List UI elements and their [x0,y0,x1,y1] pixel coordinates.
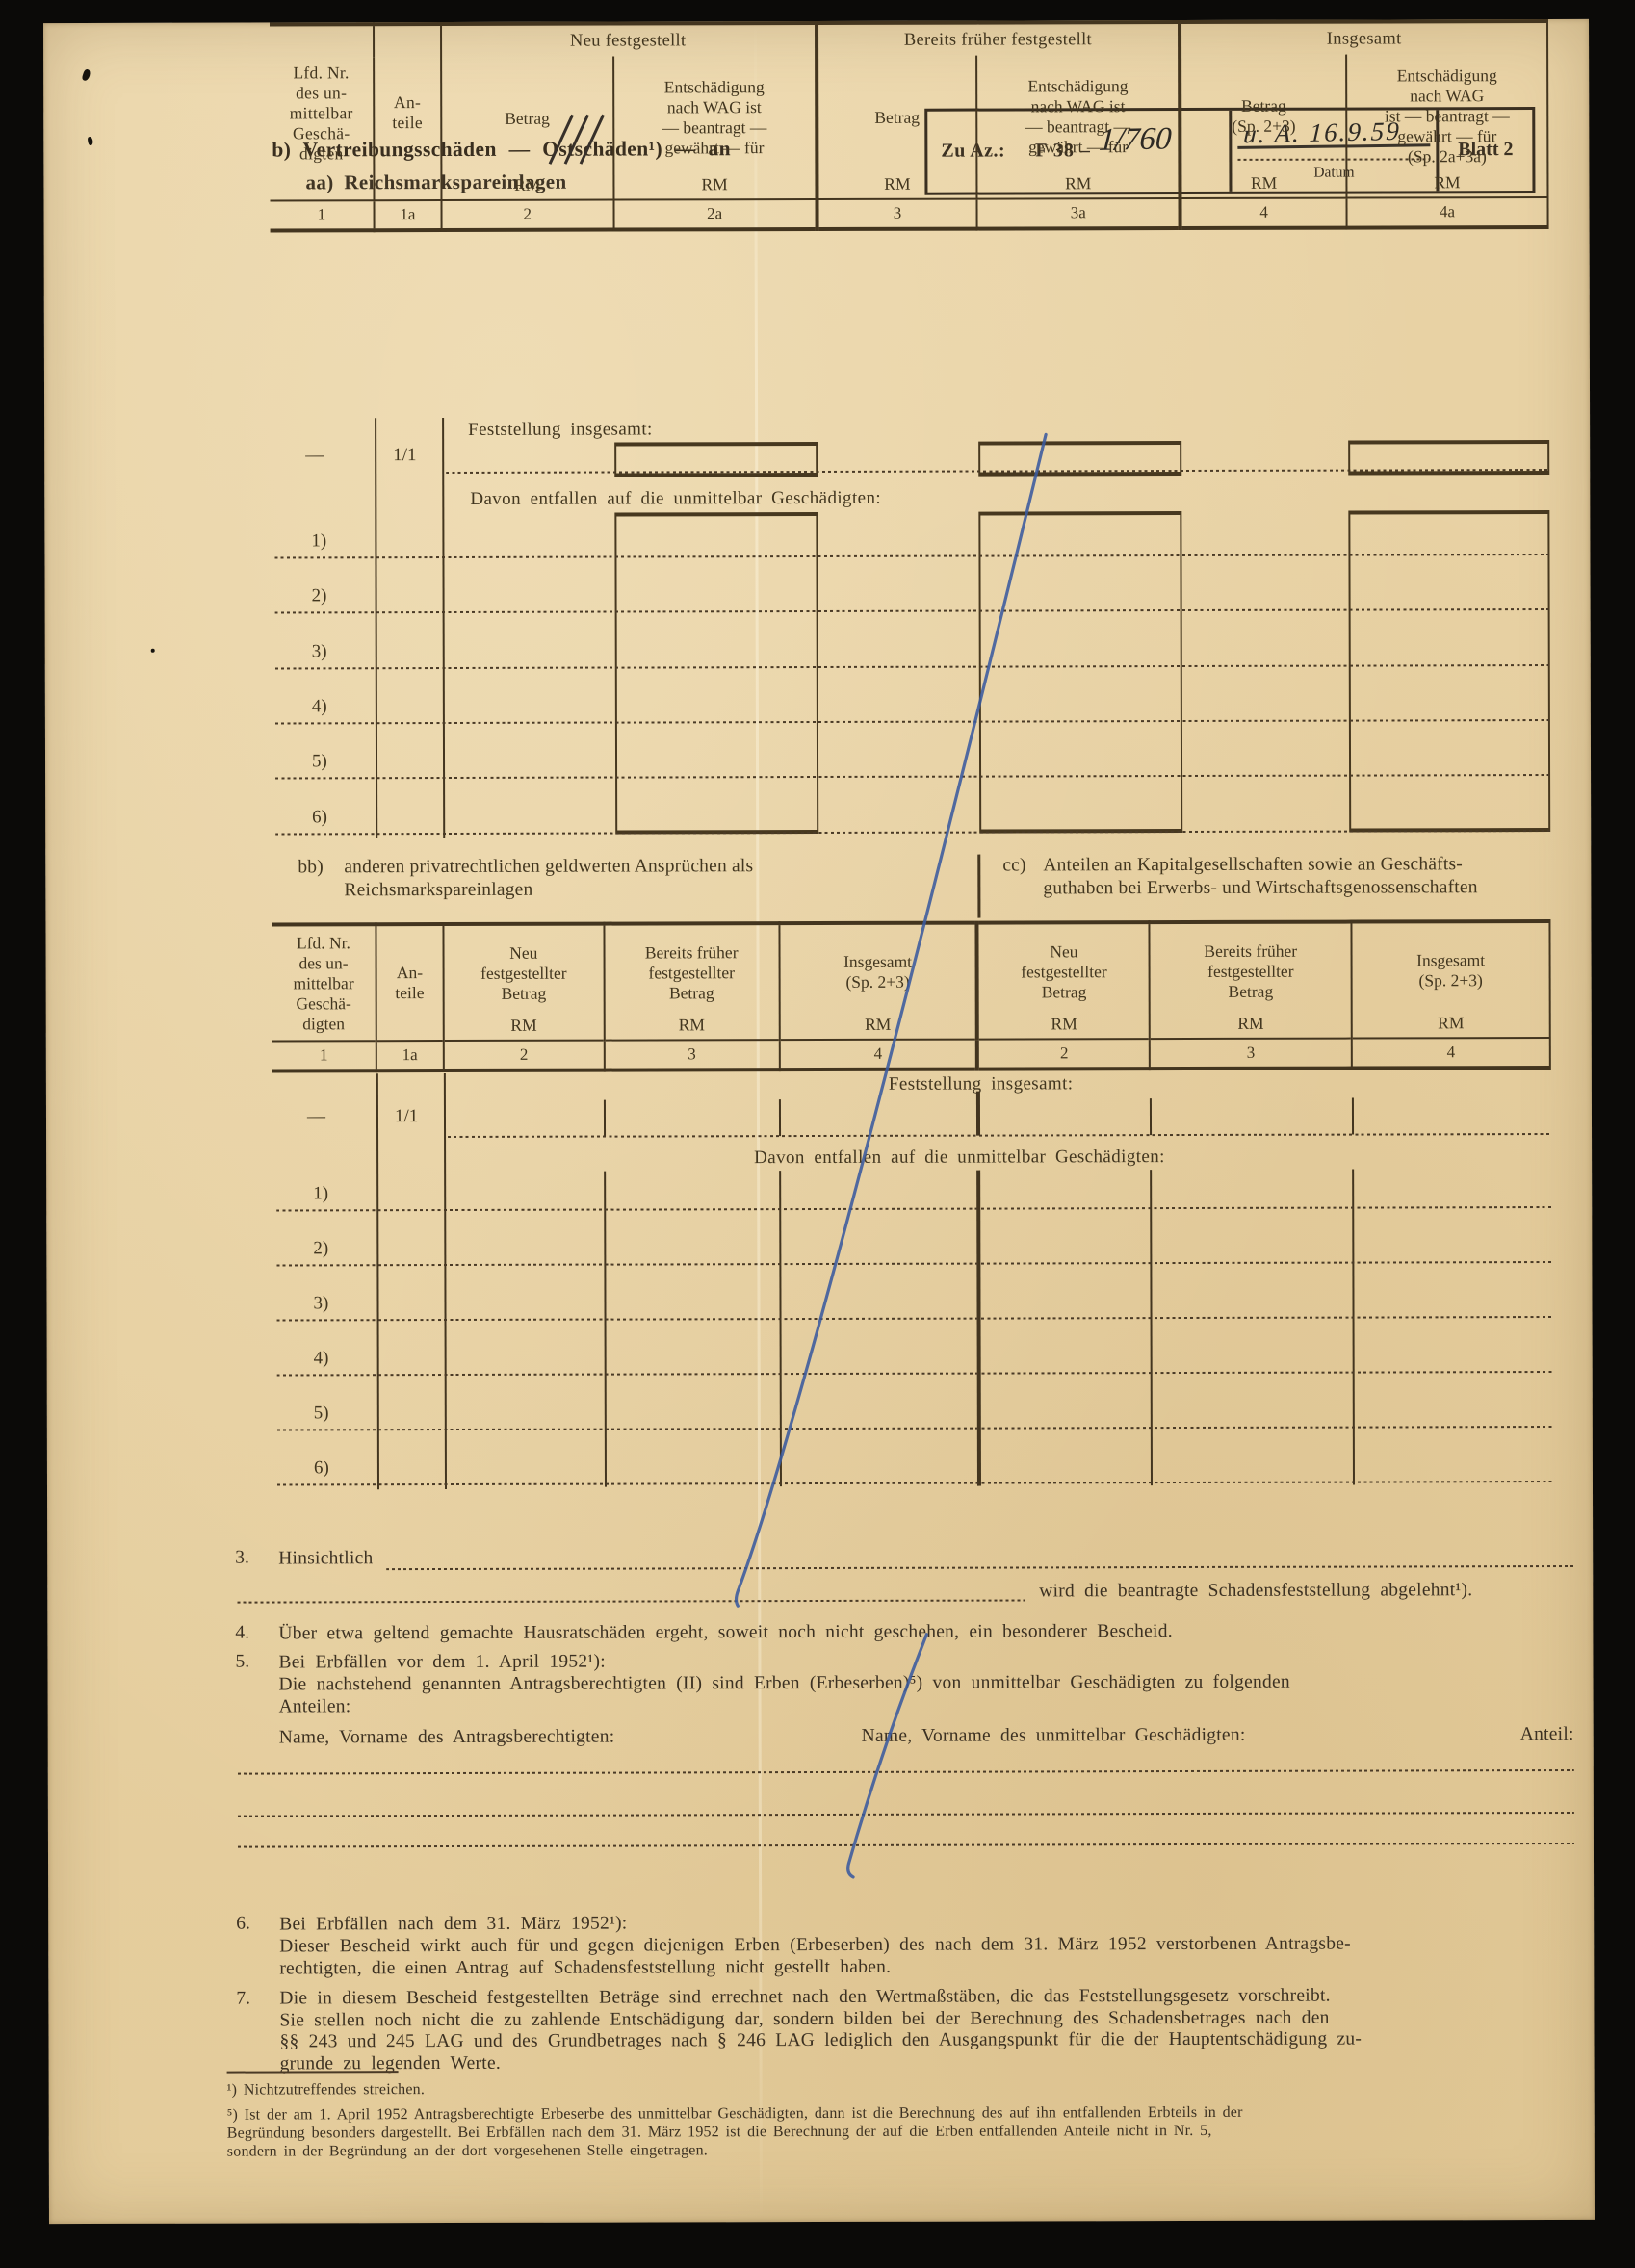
total-row-anteil: 1/1 [395,1106,418,1127]
rm-unit: RM [981,1014,1147,1034]
cc-line2: guthaben bei Erwerbs- und Wirtschaftsgen… [1043,877,1477,898]
col-number: 4 [779,1040,977,1070]
footnote-1: ¹) Nichtzutreffendes streichen. [227,2080,425,2100]
row-label: 5) [312,751,327,772]
rm-unit: RM [1350,172,1545,193]
col-lfdnr-header: Lfd. Nr. des un- mittelbar Geschä- digte… [272,933,375,1034]
table1-header: Lfd. Nr. des un- mittelbar Geschä- digte… [270,19,1549,232]
entry-dotted-line [275,830,1550,835]
rm-unit: RM [1355,1013,1547,1034]
rm-unit: RM [444,175,610,195]
center-divider [976,1092,980,1136]
form-page: b) Vertreibungsschäden — Ostschäden¹) — … [43,19,1595,2224]
total-row-anteil: 1/1 [393,445,416,466]
feststellung-label: Feststellung insgesamt: [468,419,653,441]
col-number: 4 [1352,1038,1550,1069]
fill-in-dotted-line [386,1565,1573,1570]
col4-header: Betrag (Sp. 2+3) [1183,96,1343,137]
group-neu-festgestellt: Neu festgestellt [441,23,817,57]
davon-label: Davon entfallen auf die unmittelbar Gesc… [470,488,881,510]
column-rule [376,1073,379,1489]
section6-number: 6. [236,1914,250,1935]
bb-col3-header: Bereits früher festgestellter Betrag [607,942,776,1003]
bb-item-letter: bb) [298,856,324,879]
section6-body: Dieser Bescheid wirkt auch für und gegen… [279,1932,1579,1980]
section-bb-title: bb) anderen privatrechtlichen geldwerten… [298,855,972,903]
cc-title-text: Anteilen an Kapitalgesellschaften sowie … [1043,853,1556,900]
col-number: 1a [376,1041,444,1070]
entry-box [978,441,1181,477]
column-rule [442,418,445,838]
section4-number: 4. [235,1623,249,1644]
entry-dotted-line [448,1133,1551,1138]
col-number: 4a [1347,197,1548,228]
entry-box-tall [978,511,1182,834]
rm-unit: RM [447,1016,602,1036]
cc-col2-header: Neu festgestellter Betrag [981,941,1147,1002]
section3-tail: wird die beantragte Schadensfeststellung… [1039,1579,1472,1602]
section5-col1-header: Name, Vorname des Antragsberechtigten: [279,1726,615,1749]
center-divider [976,1171,981,1486]
fill-in-dotted-line [238,1812,1574,1817]
col-number: 3 [604,1040,779,1070]
row-label: 5) [314,1403,329,1424]
section5-body: Die nachstehend genannten Antragsberecht… [278,1670,1573,1718]
ink-speck [81,68,91,82]
ink-speck [151,649,155,653]
bb-line1: anderen privatrechtlichen geldwerten Ans… [344,856,753,877]
entry-dotted-line [276,1261,1551,1266]
col-number: 3a [977,198,1181,229]
row-label: 4) [314,1348,329,1369]
section3-lead: Hinsichtlich [278,1547,373,1569]
entry-box-tall [614,512,818,835]
table1-body: Feststellung insgesamt: — 1/1 Davon entf… [271,415,1550,845]
col-number: 2a [613,199,817,230]
total-row-dash: — [305,445,324,466]
group-bereits-frueher: Bereits früher festgestellt [817,22,1181,56]
col4a-header: Entschädigung nach WAG ist — beantragt —… [1349,65,1544,168]
entry-dotted-line [276,1206,1551,1211]
column-rule [779,1171,782,1486]
section7-body: Die in diesem Bescheid festgestellten Be… [279,1985,1579,2075]
table1-column-numbers: 1 1a 2 2a 3 3a 4 4a [270,197,1547,230]
rm-unit: RM [782,1015,973,1036]
column-tick [1352,1098,1354,1135]
table2-body: Feststellung insgesamt: — 1/1 Davon entf… [272,1070,1552,1497]
row-label: 3) [312,641,327,662]
entry-box [614,442,817,477]
section3-number: 3. [235,1548,249,1569]
column-rule [444,1073,447,1489]
col-number: 3 [817,199,977,229]
entry-dotted-line [277,1316,1552,1321]
col3-header: Betrag [820,107,974,127]
section7-number: 7. [236,1989,250,2010]
total-row-dash: — [307,1106,325,1127]
col2a-header: Entschädigung nach WAG ist — beantragt —… [616,77,813,159]
col-number: 1 [272,1041,376,1070]
col3a-header: Entschädigung nach WAG ist — beantragt —… [979,76,1176,158]
col-number: 1 [270,200,374,230]
section5-col3-header: Anteil: [1520,1723,1574,1745]
cc-line1: Anteilen an Kapitalgesellschaften sowie … [1043,854,1463,875]
bb-title-text: anderen privatrechtlichen geldwerten Ans… [344,855,972,903]
row-label: 1) [313,1183,328,1204]
row-label: 3) [313,1293,328,1314]
feststellung-label: Feststellung insgesamt: [889,1073,1074,1095]
column-rule [375,418,377,838]
col-number: 1a [374,200,441,230]
rm-unit: RM [616,174,813,195]
footnote-5: ⁵) Ist der am 1. April 1952 Antragsberec… [227,2102,1575,2161]
fill-in-dotted-line [238,1769,1574,1775]
ink-speck [87,137,93,146]
column-rule [1150,1170,1153,1485]
entry-dotted-line [277,1426,1552,1430]
col2-header: Betrag [444,108,610,128]
section5-col2-header: Name, Vorname des unmittelbar Geschädigt… [862,1724,1246,1747]
fill-in-dotted-line [237,1599,1025,1603]
bb-col4-header: Insgesamt (Sp. 2+3) [782,952,973,993]
section5-number: 5. [235,1652,249,1673]
bb-line2: Reichsmarkspareinlagen [344,880,532,901]
col-number: 2 [441,200,613,230]
col-number: 3 [1150,1039,1352,1070]
cc-item-letter: cc) [1002,854,1025,877]
entry-box-tall [1348,510,1550,833]
table2-column-numbers: 1 1a 2 3 4 2 3 4 [272,1038,1550,1070]
rm-unit: RM [1184,173,1344,193]
row-label: 6) [314,1457,329,1479]
section4-text: Über etwa geltend gemachte Hausratschäde… [278,1619,1573,1645]
cc-col3-header: Bereits früher festgestellter Betrag [1153,941,1349,1002]
scanned-document: b) Vertreibungsschäden — Ostschäden¹) — … [0,0,1635,2268]
col-lfdnr-header: Lfd. Nr. des un- mittelbar Geschä- digte… [270,63,373,164]
cc-col4-header: Insgesamt (Sp. 2+3) [1355,950,1547,992]
col-number: 2 [444,1041,605,1070]
column-rule [1352,1170,1355,1485]
section-cc-title: cc) Anteilen an Kapitalgesellschaften so… [1002,853,1556,901]
column-tick [604,1100,606,1137]
entry-dotted-line [277,1481,1552,1485]
row-label: 2) [312,585,327,606]
column-tick [1150,1098,1152,1135]
row-label: 6) [312,807,327,828]
col-number: 2 [977,1039,1150,1069]
bb-col2-header: Neu festgestellter Betrag [446,942,601,1003]
fill-in-dotted-line [238,1843,1574,1848]
column-rule [604,1172,607,1487]
row-label: 4) [312,696,327,717]
table2-header: Lfd. Nr. des un- mittelbar Geschä- digte… [272,919,1550,1072]
entry-dotted-line [277,1371,1552,1376]
rm-unit: RM [1153,1014,1349,1035]
rm-unit: RM [607,1015,776,1035]
rm-unit: RM [980,173,1177,194]
rm-unit: RM [820,174,974,194]
row-label: 2) [313,1238,328,1259]
col-number: 4 [1181,198,1347,228]
group-insgesamt: Insgesamt [1180,21,1547,55]
col-anteile-header: An- teile [376,963,442,1003]
column-tick [779,1099,781,1136]
row-label: 1) [311,530,326,552]
entry-box [1348,440,1549,476]
davon-label: Davon entfallen auf die unmittelbar Gesc… [754,1147,1165,1169]
bb-cc-divider [977,855,980,918]
col-anteile-header: An- teile [375,92,440,133]
